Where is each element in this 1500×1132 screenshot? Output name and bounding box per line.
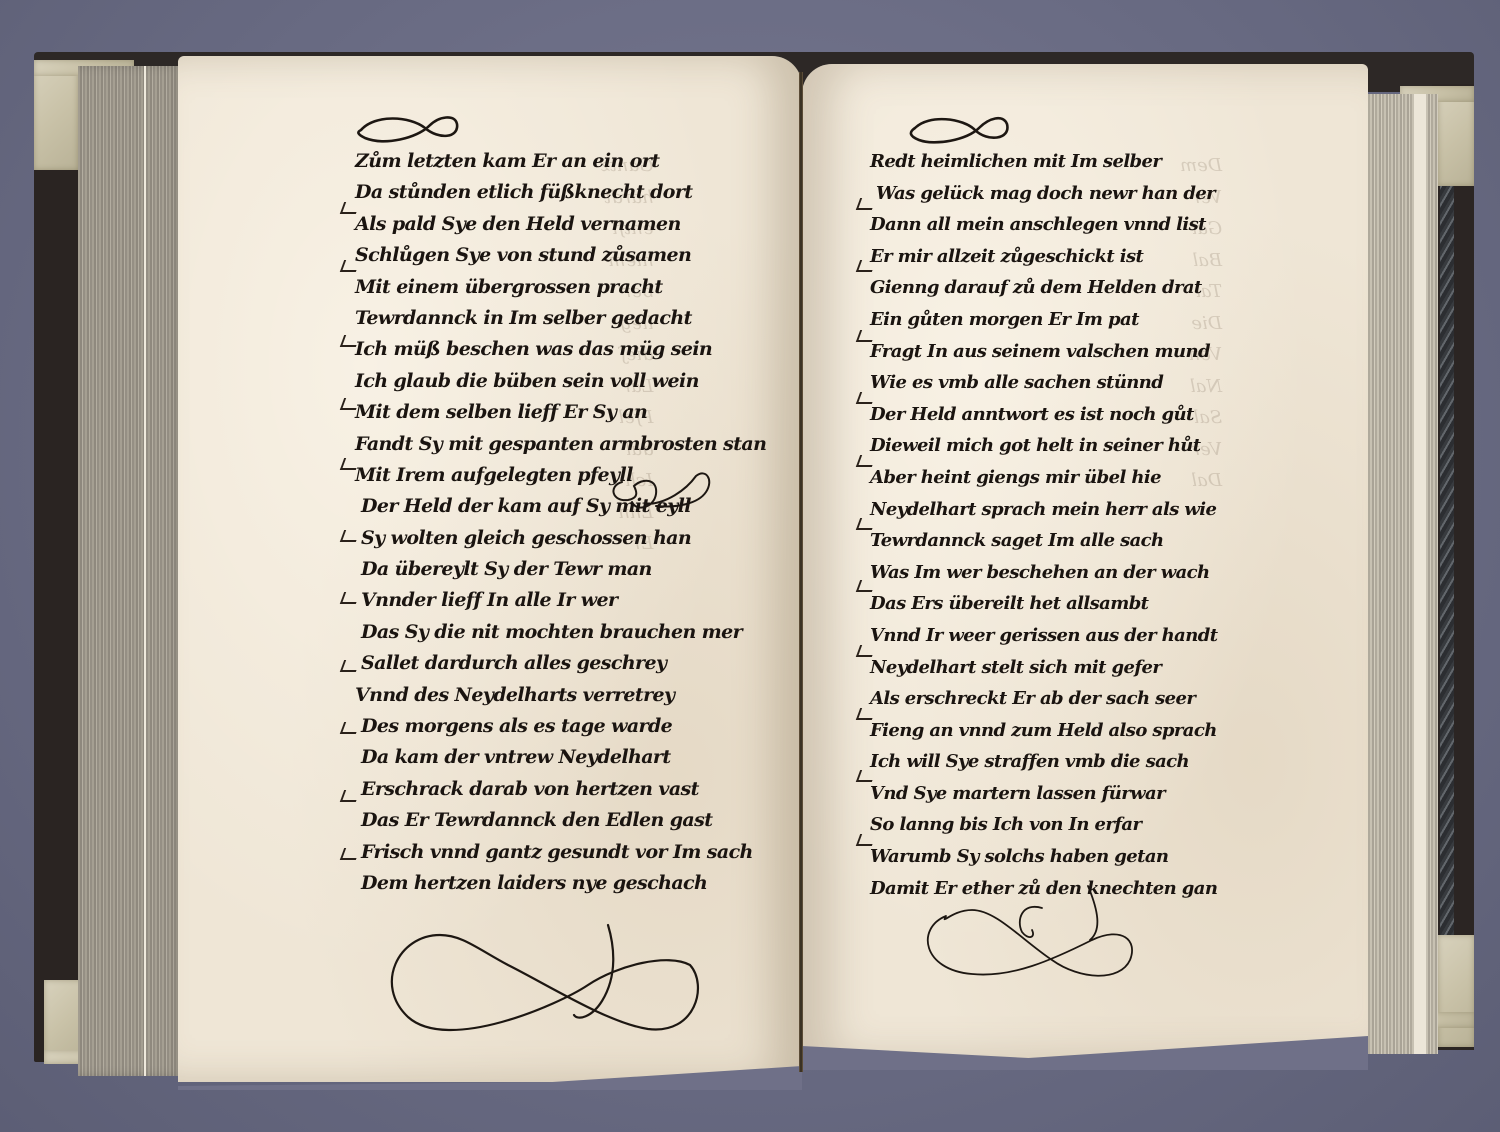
- book-gutter: [799, 72, 803, 1072]
- flourish-bottom-left: [378, 925, 698, 1045]
- verse-line: Frisch vnnd gantz gesundt vor Im sach: [355, 837, 766, 868]
- verse-line: Des morgens als es tage warde: [355, 711, 766, 742]
- verse-line: Redt heimlichen mit Im selber: [870, 146, 1217, 178]
- left-page-verse: Zům letzten kam Er an ein ort Da stůnden…: [355, 146, 766, 899]
- verse-line: So lanng bis Ich von In erfar: [870, 809, 1217, 841]
- right-page-verse: Redt heimlichen mit Im selber Was gelück…: [870, 146, 1217, 904]
- verse-line: Wie es vmb alle sachen stünnd: [870, 367, 1217, 399]
- verse-line: Ich glaub die büben sein voll wein: [355, 366, 766, 397]
- verse-line: Vnnd des Neydelharts verretrey: [355, 680, 766, 711]
- verse-line: Dann all mein anschlegen vnnd list: [870, 209, 1217, 241]
- verse-line: Warumb Sy solchs haben getan: [870, 841, 1217, 873]
- verse-line: Da stůnden etlich füßknecht dort: [355, 177, 766, 208]
- verse-line: Ich müß beschen was das müg sein: [355, 334, 766, 365]
- verse-line: Schlůgen Sye von stund zůsamen: [355, 240, 766, 271]
- verse-line: Vnnd Ir weer gerissen aus der handt: [870, 620, 1217, 652]
- page-fore-edge-left: [78, 66, 182, 1076]
- verse-line: Ich will Sye straffen vmb die sach: [870, 746, 1217, 778]
- page-fore-edge-right: [1356, 94, 1438, 1054]
- verse-line: Neydelhart sprach mein herr als wie: [870, 494, 1217, 526]
- verse-line: Zům letzten kam Er an ein ort: [355, 146, 766, 177]
- verse-line: Tewrdannck in Im selber gedacht: [355, 303, 766, 334]
- verse-line: Erschrack darab von hertzen vast: [355, 774, 766, 805]
- verse-line: Da übereylt Sy der Tewr man: [355, 554, 766, 585]
- verse-line: Was gelück mag doch newr han der: [870, 178, 1217, 210]
- verse-line: Der Held anntwort es ist noch gůt: [870, 399, 1217, 431]
- verse-line: Fandt Sy mit gespanten armbrosten stan: [355, 429, 766, 460]
- verse-line: Mit dem selben lieff Er Sy an: [355, 397, 766, 428]
- verse-line: Sallet dardurch alles geschrey: [355, 648, 766, 679]
- verse-line: Tewrdannck saget Im alle sach: [870, 525, 1217, 557]
- verse-line: Gienng darauf zů dem Helden drat: [870, 272, 1217, 304]
- verse-line: Das Sy die nit mochten brauchen mer: [355, 617, 766, 648]
- marbled-endpaper-right: [1440, 180, 1454, 940]
- verse-line: Das Er Tewrdannck den Edlen gast: [355, 805, 766, 836]
- verse-line: Sy wolten gleich geschossen han: [355, 523, 766, 554]
- verse-line: Fragt In aus seinem valschen mund: [870, 336, 1217, 368]
- verse-line: Das Ers übereilt het allsambt: [870, 588, 1217, 620]
- verse-line: Vnd Sye martern lassen fürwar: [870, 778, 1217, 810]
- verse-line: Als erschreckt Er ab der sach seer: [870, 683, 1217, 715]
- verse-line: Er mir allzeit zůgeschickt ist: [870, 241, 1217, 273]
- verse-line: Mit einem übergrossen pracht: [355, 272, 766, 303]
- verse-line: Neydelhart stelt sich mit gefer: [870, 652, 1217, 684]
- verse-line: Was Im wer beschehen an der wach: [870, 557, 1217, 589]
- verse-line: Fieng an vnnd zum Held also sprach: [870, 715, 1217, 747]
- verse-line: Dem hertzen laiders nye geschach: [355, 868, 766, 899]
- verse-line: Dieweil mich got helt in seiner hůt: [870, 430, 1217, 462]
- vellum-corner-top-left: [34, 60, 78, 170]
- flourish-bottom-right: [912, 900, 1152, 1000]
- verse-line: Der Held der kam auf Sy mit eyll: [355, 491, 766, 522]
- vellum-corner-bottom-right: [1438, 935, 1474, 1047]
- verse-line: Damit Er ether zů den knechten gan: [870, 873, 1217, 905]
- verse-line: Als pald Sye den Held vernamen: [355, 209, 766, 240]
- verse-line: Aber heint giengs mir übel hie: [870, 462, 1217, 494]
- photo-scene: Gantz hardt entfl hiem ber lleg dieʃ Lar…: [0, 0, 1500, 1132]
- verse-line: Vnnder lieff In alle Ir wer: [355, 585, 766, 616]
- verse-line: Mit Irem aufgelegten pfeyll: [355, 460, 766, 491]
- verse-line: Ein gůten morgen Er Im pat: [870, 304, 1217, 336]
- verse-line: Da kam der vntrew Neydelhart: [355, 742, 766, 773]
